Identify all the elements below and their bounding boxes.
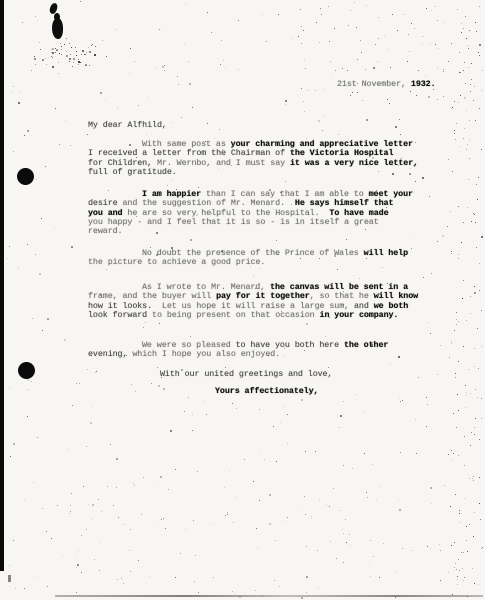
letter-paragraph: No doubt the presence of the Prince of W… — [88, 249, 448, 268]
text-segment: to being present on that occasion — [152, 310, 319, 320]
letter-line: reward. — [88, 227, 448, 236]
letter-line: the picture to achieve a good price. — [88, 258, 448, 267]
text-segment: it was a very nice letter, — [290, 158, 418, 168]
letter-paragraph: I am happier than I can say that I am ab… — [88, 190, 448, 236]
letter-salutation: My dear Alfhild, — [88, 121, 167, 130]
text-segment: which I hope you also enjoyed. — [132, 349, 280, 359]
letter-line: evening, which I hope you also enjoyed. — [88, 350, 448, 359]
letter-paragraph: We were so pleased to have you both here… — [88, 341, 448, 360]
scanned-letter-page: 21st November, 1932. My dear Alfhild, Wi… — [0, 0, 485, 600]
text-segment: 21st November, — [337, 79, 411, 89]
text-segment: evening, — [88, 349, 132, 359]
letter-body: 21st November, 1932. My dear Alfhild, Wi… — [0, 0, 485, 600]
letter-date: 21st November, 1932. — [337, 80, 436, 89]
letter-paragraph: With same post as your charming and appr… — [88, 140, 448, 177]
letter-signoff: Yours affectionately, — [215, 387, 318, 396]
scan-artifact-line — [55, 595, 483, 597]
letter-paragraph: As I wrote to Mr. Menard, the canvas wil… — [88, 283, 448, 320]
text-segment: look forward — [88, 310, 152, 320]
text-segment: 1932. — [411, 79, 436, 89]
text-segment: will help — [364, 248, 408, 258]
text-segment: the picture to achieve a good price. — [88, 257, 265, 267]
letter-line: look forward to being present on that oc… — [88, 311, 448, 320]
text-segment: in your company. — [320, 310, 399, 320]
text-segment: Yours affectionately, — [215, 386, 318, 396]
letter-closing: With our united greetings and love, — [160, 370, 332, 379]
text-segment: you happy - and I feel that it is so - i… — [88, 217, 379, 227]
text-segment: With our united greetings and love, — [160, 369, 332, 379]
letter-line: full of gratitude. — [88, 168, 448, 177]
text-segment: reward. — [88, 226, 122, 236]
text-segment: the other — [344, 340, 388, 350]
letter-line: you happy - and I feel that it is so - i… — [88, 218, 448, 227]
text-segment: full of gratitude. — [88, 167, 177, 177]
